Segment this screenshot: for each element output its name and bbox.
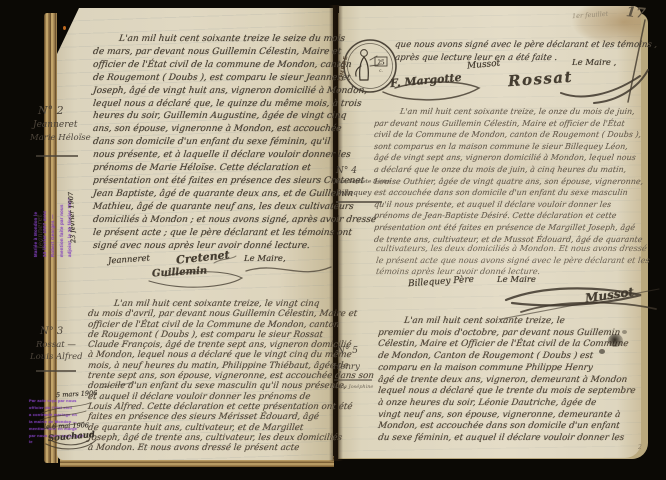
stamp-figure-body xyxy=(356,57,369,80)
stamp-figure-head xyxy=(361,50,368,57)
act2-text: L'an mil huit cent soixante treize le se… xyxy=(93,33,335,252)
act5-margin-name2: Léonie Joséphine xyxy=(330,384,373,390)
stamp-value: 25 xyxy=(378,59,386,67)
act3-margin-rule xyxy=(36,370,76,372)
act3-margin-number: N° 3 xyxy=(40,326,63,337)
act2-margin-rule xyxy=(36,155,78,157)
marginal-mention-stamp-1: Mariée à Mondon le23 février 1907 avecRo… xyxy=(30,163,94,257)
act4-margin-rule xyxy=(336,201,382,203)
act5-margin-name: Henry xyxy=(333,362,360,372)
maire-label-top: Le Maire , xyxy=(572,58,616,68)
corner-mark: 2 xyxy=(638,444,642,451)
register-scan: L'an mil huit cent soixante treize le se… xyxy=(0,0,666,480)
act5-text: L'an mil huit cent soixante treize, lepr… xyxy=(378,316,642,445)
stamp1-overlay-date: 23 février 1907 xyxy=(67,192,78,243)
act4-tail-text: cultivateurs, les deux domiciliés à Mond… xyxy=(376,243,642,278)
act2-margin-number: N° 2 xyxy=(38,104,64,117)
act4-margin-name: Jean-Baptiste Désiré xyxy=(334,179,391,185)
act4-margin-name2: Billequey xyxy=(336,188,371,197)
act3-text: L'an mil huit cent soixante treize, le v… xyxy=(88,299,334,453)
act3-margin-name2: Louis Alfred xyxy=(30,352,83,362)
act4-text: L'an mil huit cent soixante treize, le o… xyxy=(374,106,642,245)
act3-margin-name: Rossat — xyxy=(36,340,76,350)
ink-blot xyxy=(608,334,623,347)
maire-label-mid: Le Maire xyxy=(497,275,536,285)
folio-number: 17 xyxy=(625,4,646,22)
ink-blot-small xyxy=(599,349,605,354)
paper-speck xyxy=(63,26,66,30)
stamp1-overlay-name: Jeanneret xyxy=(35,214,44,249)
stamp1-rotated-content: Mariée à Mondon le23 février 1907 avecRo… xyxy=(30,163,94,257)
act2-margin-name: Jeanneret xyxy=(33,120,77,130)
act4-margin-number: N° 4 xyxy=(336,166,357,176)
ink-blot-faint xyxy=(622,330,627,334)
stamp2-overlay-date2: le 6 mai 1906 xyxy=(44,421,89,431)
act2-margin-name2: Marie Héloïse xyxy=(30,133,91,143)
act5-margin-rule xyxy=(334,379,372,381)
stamp-unit: c. xyxy=(379,69,382,74)
act5-margin-number: N° 5 xyxy=(337,346,358,356)
maire-label-act2: Le Maire, xyxy=(244,254,286,264)
